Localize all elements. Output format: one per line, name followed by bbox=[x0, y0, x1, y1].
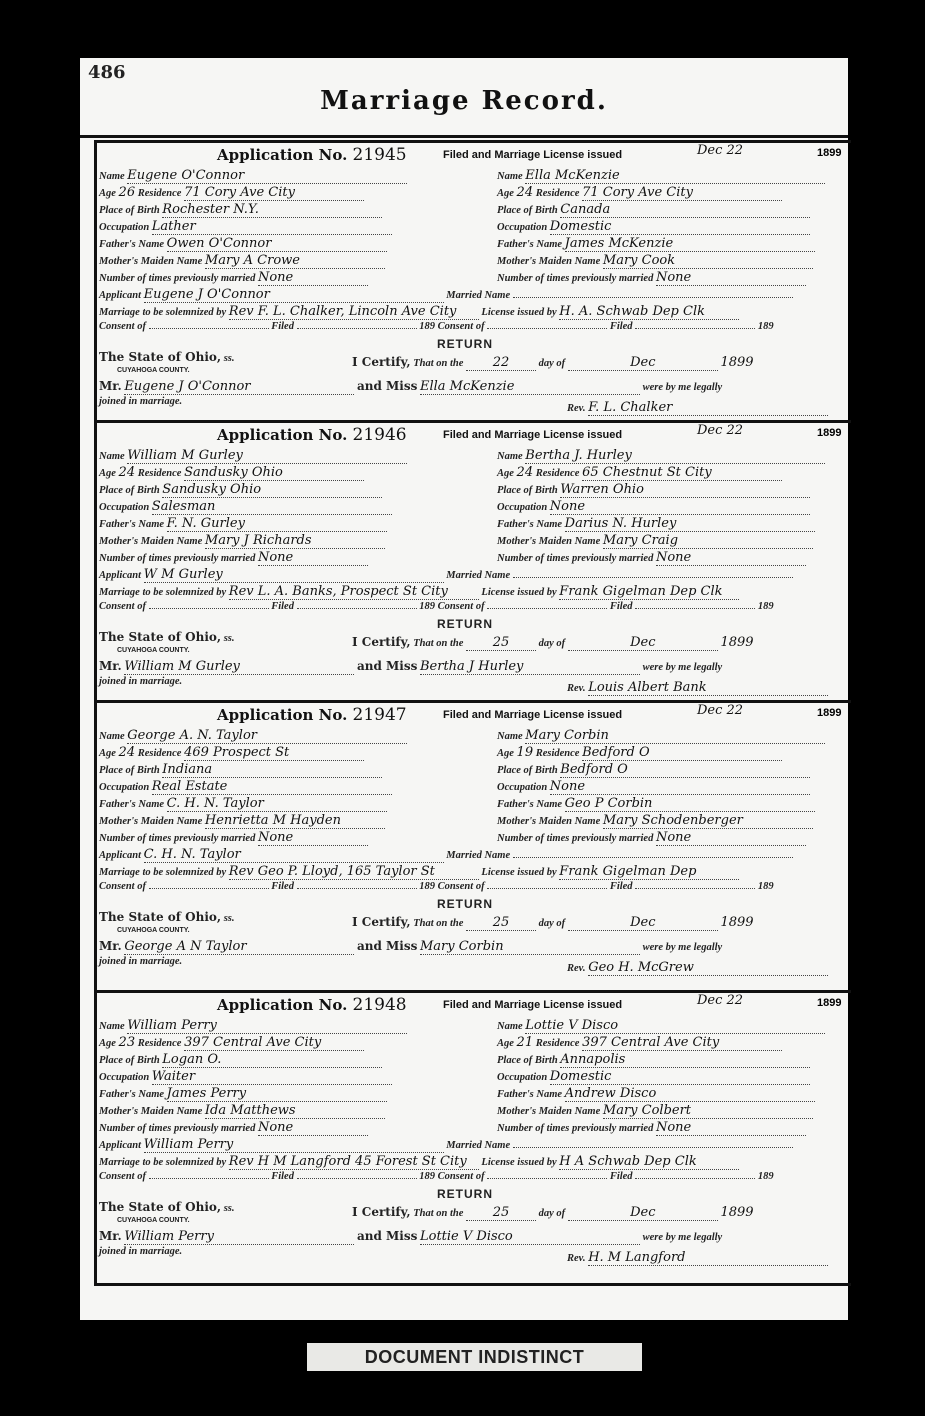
county-label: CUYAHOGA COUNTY. bbox=[117, 367, 190, 374]
license-year: 1899 bbox=[817, 147, 841, 159]
certify-row: I Certify, That on the 22 day of Dec 189… bbox=[352, 355, 754, 371]
groom-birth-row: Place of Birth Indiana bbox=[99, 762, 382, 778]
applicant-row: Applicant W M Gurley Married Name bbox=[99, 567, 793, 583]
marriage-record-3: Application No. 21947 Filed and Marriage… bbox=[94, 700, 851, 993]
license-date: Dec 22 bbox=[697, 423, 743, 438]
groom-times-row: Number of times previously married None bbox=[99, 830, 368, 846]
groom-times-row: Number of times previously married None bbox=[99, 270, 368, 286]
document-indistinct-stamp: DOCUMENT INDISTINCT bbox=[307, 1343, 642, 1371]
bride-name-row: Name Mary Corbin bbox=[497, 728, 825, 744]
groom-birth-row: Place of Birth Logan O. bbox=[99, 1052, 382, 1068]
groom-age-row: Age 23 Residence 397 Central Ave City bbox=[99, 1035, 364, 1051]
record-page: 486 Marriage Record. Application No. 219… bbox=[80, 58, 848, 1320]
mr-miss-row: Mr. William Perry and Miss Lottie V Disc… bbox=[99, 1229, 722, 1245]
application-number: Application No. 21948 bbox=[217, 995, 407, 1015]
groom-occupation-row: Occupation Real Estate bbox=[99, 779, 392, 795]
consent-row: Consent of Filed 189 Consent of Filed 18… bbox=[99, 881, 774, 892]
groom-father-row: Father's Name James Perry bbox=[99, 1086, 387, 1102]
groom-occupation-row: Occupation Salesman bbox=[99, 499, 392, 515]
bride-birth-row: Place of Birth Warren Ohio bbox=[497, 482, 810, 498]
joined-label: joined in marriage. bbox=[99, 396, 182, 407]
mr-miss-row: Mr. Eugene J O'Connor and Miss Ella McKe… bbox=[99, 379, 722, 395]
mr-miss-row: Mr. George A N Taylor and Miss Mary Corb… bbox=[99, 939, 722, 955]
joined-label: joined in marriage. bbox=[99, 676, 182, 687]
consent-row: Consent of Filed 189 Consent of Filed 18… bbox=[99, 321, 774, 332]
license-year: 1899 bbox=[817, 997, 841, 1009]
rev-row: Rev. F. L. Chalker bbox=[567, 400, 828, 416]
bride-times-row: Number of times previously married None bbox=[497, 270, 806, 286]
mr-miss-row: Mr. William M Gurley and Miss Bertha J H… bbox=[99, 659, 722, 675]
groom-mother-row: Mother's Maiden Name Mary J Richards bbox=[99, 533, 385, 549]
groom-times-row: Number of times previously married None bbox=[99, 1120, 368, 1136]
filed-label: Filed and Marriage License issued bbox=[443, 999, 622, 1011]
consent-row: Consent of Filed 189 Consent of Filed 18… bbox=[99, 601, 774, 612]
bride-occupation-row: Occupation Domestic bbox=[497, 219, 810, 235]
groom-birth-row: Place of Birth Rochester N.Y. bbox=[99, 202, 382, 218]
marriage-record-1: Application No. 21945 Filed and Marriage… bbox=[94, 140, 851, 423]
groom-times-row: Number of times previously married None bbox=[99, 550, 368, 566]
marriage-record-4: Application No. 21948 Filed and Marriage… bbox=[94, 990, 851, 1286]
page-number: 486 bbox=[88, 62, 126, 83]
return-heading: RETURN bbox=[437, 617, 493, 631]
state-row: The State of Ohio, ss. bbox=[99, 910, 235, 924]
applicant-row: Applicant Eugene J O'Connor Married Name bbox=[99, 287, 793, 303]
bride-father-row: Father's Name Darius N. Hurley bbox=[497, 516, 815, 532]
license-year: 1899 bbox=[817, 427, 841, 439]
bride-birth-row: Place of Birth Canada bbox=[497, 202, 810, 218]
return-heading: RETURN bbox=[437, 897, 493, 911]
bride-times-row: Number of times previously married None bbox=[497, 1120, 806, 1136]
title-divider bbox=[80, 135, 848, 138]
county-label: CUYAHOGA COUNTY. bbox=[117, 1217, 190, 1224]
page-title: Marriage Record. bbox=[80, 86, 848, 116]
bride-birth-row: Place of Birth Bedford O bbox=[497, 762, 810, 778]
application-number: Application No. 21947 bbox=[217, 705, 407, 725]
bride-name-row: Name Bertha J. Hurley bbox=[497, 448, 825, 464]
groom-birth-row: Place of Birth Sandusky Ohio bbox=[99, 482, 382, 498]
solemnized-row: Marriage to be solemnized by Rev Geo P. … bbox=[99, 864, 739, 880]
bride-father-row: Father's Name Geo P Corbin bbox=[497, 796, 815, 812]
county-label: CUYAHOGA COUNTY. bbox=[117, 927, 190, 934]
joined-label: joined in marriage. bbox=[99, 956, 182, 967]
bride-mother-row: Mother's Maiden Name Mary Colbert bbox=[497, 1103, 813, 1119]
groom-age-row: Age 24 Residence 469 Prospect St bbox=[99, 745, 364, 761]
license-year: 1899 bbox=[817, 707, 841, 719]
rev-row: Rev. H. M Langford bbox=[567, 1250, 828, 1266]
bride-times-row: Number of times previously married None bbox=[497, 830, 806, 846]
filed-label: Filed and Marriage License issued bbox=[443, 149, 622, 161]
bride-name-row: Name Ella McKenzie bbox=[497, 168, 825, 184]
bride-age-row: Age 24 Residence 71 Cory Ave City bbox=[497, 185, 782, 201]
certify-row: I Certify, That on the 25 day of Dec 189… bbox=[352, 915, 754, 931]
groom-occupation-row: Occupation Lather bbox=[99, 219, 392, 235]
bride-birth-row: Place of Birth Annapolis bbox=[497, 1052, 810, 1068]
rev-row: Rev. Louis Albert Bank bbox=[567, 680, 828, 696]
return-heading: RETURN bbox=[437, 337, 493, 351]
consent-row: Consent of Filed 189 Consent of Filed 18… bbox=[99, 1171, 774, 1182]
filed-label: Filed and Marriage License issued bbox=[443, 429, 622, 441]
groom-name-row: Name William M Gurley bbox=[99, 448, 407, 464]
solemnized-row: Marriage to be solemnized by Rev L. A. B… bbox=[99, 584, 739, 600]
filed-label: Filed and Marriage License issued bbox=[443, 709, 622, 721]
county-label: CUYAHOGA COUNTY. bbox=[117, 647, 190, 654]
groom-father-row: Father's Name C. H. N. Taylor bbox=[99, 796, 387, 812]
bride-occupation-row: Occupation Domestic bbox=[497, 1069, 810, 1085]
groom-name-row: Name George A. N. Taylor bbox=[99, 728, 407, 744]
groom-mother-row: Mother's Maiden Name Ida Matthews bbox=[99, 1103, 385, 1119]
bride-age-row: Age 21 Residence 397 Central Ave City bbox=[497, 1035, 782, 1051]
groom-name-row: Name Eugene O'Connor bbox=[99, 168, 407, 184]
solemnized-row: Marriage to be solemnized by Rev F. L. C… bbox=[99, 304, 739, 320]
rev-row: Rev. Geo H. McGrew bbox=[567, 960, 828, 976]
groom-father-row: Father's Name F. N. Gurley bbox=[99, 516, 387, 532]
title-second: Record. bbox=[482, 86, 608, 116]
bride-occupation-row: Occupation None bbox=[497, 499, 810, 515]
certify-row: I Certify, That on the 25 day of Dec 189… bbox=[352, 1205, 754, 1221]
bride-occupation-row: Occupation None bbox=[497, 779, 810, 795]
title-first: Marriage bbox=[320, 86, 470, 116]
bride-father-row: Father's Name Andrew Disco bbox=[497, 1086, 815, 1102]
bride-mother-row: Mother's Maiden Name Mary Craig bbox=[497, 533, 813, 549]
groom-father-row: Father's Name Owen O'Connor bbox=[99, 236, 387, 252]
state-row: The State of Ohio, ss. bbox=[99, 350, 235, 364]
bride-age-row: Age 19 Residence Bedford O bbox=[497, 745, 782, 761]
bride-mother-row: Mother's Maiden Name Mary Cook bbox=[497, 253, 813, 269]
joined-label: joined in marriage. bbox=[99, 1246, 182, 1257]
applicant-row: Applicant C. H. N. Taylor Married Name bbox=[99, 847, 793, 863]
bride-times-row: Number of times previously married None bbox=[497, 550, 806, 566]
license-date: Dec 22 bbox=[697, 993, 743, 1008]
bride-age-row: Age 24 Residence 65 Chestnut St City bbox=[497, 465, 782, 481]
solemnized-row: Marriage to be solemnized by Rev H M Lan… bbox=[99, 1154, 739, 1170]
marriage-record-2: Application No. 21946 Filed and Marriage… bbox=[94, 420, 851, 703]
applicant-row: Applicant William Perry Married Name bbox=[99, 1137, 793, 1153]
groom-name-row: Name William Perry bbox=[99, 1018, 407, 1034]
application-number: Application No. 21945 bbox=[217, 145, 407, 165]
application-number: Application No. 21946 bbox=[217, 425, 407, 445]
bride-father-row: Father's Name James McKenzie bbox=[497, 236, 815, 252]
certify-row: I Certify, That on the 25 day of Dec 189… bbox=[352, 635, 754, 651]
groom-age-row: Age 24 Residence Sandusky Ohio bbox=[99, 465, 364, 481]
state-row: The State of Ohio, ss. bbox=[99, 630, 235, 644]
groom-age-row: Age 26 Residence 71 Cory Ave City bbox=[99, 185, 364, 201]
groom-mother-row: Mother's Maiden Name Mary A Crowe bbox=[99, 253, 385, 269]
state-row: The State of Ohio, ss. bbox=[99, 1200, 235, 1214]
groom-occupation-row: Occupation Waiter bbox=[99, 1069, 392, 1085]
bride-name-row: Name Lottie V Disco bbox=[497, 1018, 825, 1034]
license-date: Dec 22 bbox=[697, 703, 743, 718]
groom-mother-row: Mother's Maiden Name Henrietta M Hayden bbox=[99, 813, 385, 829]
return-heading: RETURN bbox=[437, 1187, 493, 1201]
bride-mother-row: Mother's Maiden Name Mary Schodenberger bbox=[497, 813, 813, 829]
license-date: Dec 22 bbox=[697, 143, 743, 158]
